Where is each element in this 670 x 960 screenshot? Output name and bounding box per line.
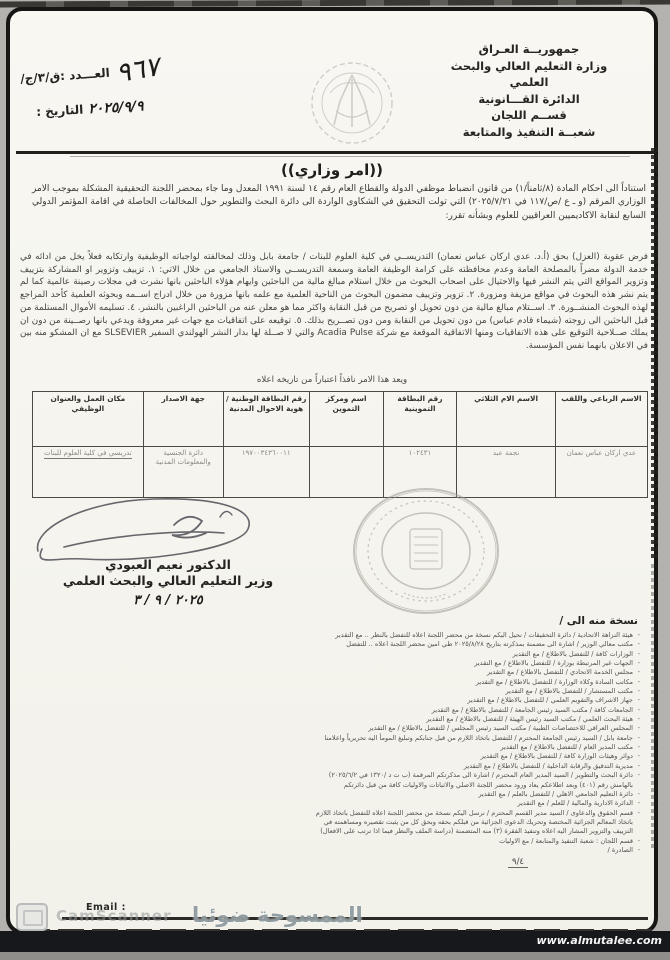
document-date-value: ٢٠٢٥/٩/٩ xyxy=(88,98,144,117)
list-item: مكاتب السادة وكلاء الوزارة / للتفضل بالا… xyxy=(304,678,640,687)
minister-title: وزير التعليم العالي والبحث العلمي xyxy=(30,573,306,588)
col-full-name: الاسم الرباعي واللقب xyxy=(555,392,647,447)
document-number-line: ٩٦٧العـــدد :ق/٣/ج/ xyxy=(20,50,277,89)
bottom-photo-strip: www.almutalee.com xyxy=(0,931,670,952)
letterhead-line: قســم اللجان xyxy=(419,107,639,124)
ministry-round-seal-icon xyxy=(338,481,514,625)
scan-edge-artifact xyxy=(651,148,658,558)
list-item: الوزارات كافة / للتفضل بالاطلاع / مع الت… xyxy=(304,650,640,659)
list-item: مديرية التدقيق والرقابة الداخلية / للتفض… xyxy=(304,762,640,771)
list-item: مجلس الخدمة الاتحادي / للتفضل بالاطلاع /… xyxy=(304,668,640,677)
scan-edge-artifact xyxy=(651,562,658,848)
list-item: الدائرة الادارية والمالية / للعلم / مع ا… xyxy=(304,799,640,808)
list-item: الجهات غير المرتبطة بوزارة / للتفضل بالا… xyxy=(304,659,640,668)
distribution-list: هيئة النزاهة الاتحادية / دائرة التحقيقات… xyxy=(304,631,640,855)
list-item: مكتب المدير العام / للتفضل بالاطلاع / مع… xyxy=(304,743,640,752)
document-number-value: ٩٦٧ xyxy=(114,57,160,84)
col-issuer: جهة الاصدار xyxy=(143,392,223,447)
document-number-label: العـــدد :ق/٣/ج/ xyxy=(20,66,110,86)
cell-full-name: عدي اركان عباس نعمان xyxy=(555,447,647,498)
list-item: مكتب معالي الوزير / اشارة الى مضمنة بمذك… xyxy=(304,640,640,649)
letterhead-line: شعبــة التنفيذ والمتابعة xyxy=(419,124,639,141)
list-item: قسم الحقوق والدعاوى / السيد مدير القسم ا… xyxy=(304,809,640,837)
list-item: دائرة التعليم الجامعي الاهلي / للتفضل با… xyxy=(304,790,640,799)
signature-date: ٣ / ٩ / ٢٠٢٥ xyxy=(46,593,290,608)
effective-line: ويعد هذا الامر نافذاً اعتباراً من تاريخه… xyxy=(10,375,654,385)
body-paragraph: فرض عقوبة (العزل) بحق (أ.د. عدي اركان عب… xyxy=(20,251,648,353)
letterhead-line: جمهوريــة العـراق xyxy=(419,41,639,58)
document-title: ((امر وزاري)) xyxy=(10,161,654,179)
list-item: هيئة النزاهة الاتحادية / دائرة التحقيقات… xyxy=(304,631,640,640)
letterhead-line: الدائرة القـــانونية xyxy=(419,91,639,108)
document-sheet: جمهوريــة العـراق وزارة التعليم العالي و… xyxy=(6,7,658,934)
list-item: المجلس العراقي للاختصاصات الطبية / مكتب … xyxy=(304,724,640,733)
header-divider-thin xyxy=(70,156,630,157)
page-mark: ٩/٤ xyxy=(508,857,528,868)
scanned-document-page: { "header": { "ministry": [ "جمهوريــة ا… xyxy=(0,0,670,960)
list-item: دوائر وهيئات الوزارة كافة / للتفضل بالاط… xyxy=(304,752,640,761)
document-date-line: ٢٠٢٥/٩/٩ التاريخ : xyxy=(36,89,267,120)
col-national-id: رقم البطاقة الوطنية / هوية الاحوال المدن… xyxy=(223,392,309,447)
camscanner-logo-icon xyxy=(16,903,48,931)
camscanner-watermark-arabic: الممسوحة ضوئيا xyxy=(192,903,363,927)
list-item: هيئة البحث العلمي / مكتب السيد رئيس الهي… xyxy=(304,715,640,724)
col-supply-center: اسم ومركز التموين xyxy=(309,392,383,447)
camscanner-watermark-latin: CamScanner xyxy=(56,907,172,925)
list-item: جهاز الاشراف والتقويم العلمي / للتفضل با… xyxy=(304,696,640,705)
list-item: مكتب المستشار / للتفضل بالاطلاع / مع الت… xyxy=(304,687,640,696)
col-ration-card: رقم البطاقة التموينية xyxy=(383,392,457,447)
col-mother-name: الاسم الام الثلاثي xyxy=(457,392,555,447)
letterhead-line: العلمي xyxy=(419,74,639,91)
letterhead-ministry-block: جمهوريــة العـراق وزارة التعليم العالي و… xyxy=(419,41,639,140)
distribution-title: نسخة منه الى / xyxy=(559,615,638,627)
website-credit: www.almutalee.com xyxy=(536,934,662,947)
list-item: الجامعات كافة / مكتب السيد رئيس الجامعة … xyxy=(304,706,640,715)
scan-bottom-edge xyxy=(0,952,670,960)
list-item: قسم اللجان : شعبة التنفيذ والمتابعة / مع… xyxy=(304,837,640,846)
header-divider xyxy=(16,151,656,154)
letterhead-line: وزارة التعليم العالي والبحث xyxy=(419,58,639,75)
minister-name: الدكتور نعيم العبودي xyxy=(46,557,290,572)
col-workplace: مكان العمل والعنوان الوظيفي xyxy=(33,392,144,447)
iraq-emblem-icon xyxy=(300,53,404,153)
document-date-label: التاريخ : xyxy=(36,103,84,119)
list-item: الصادرة / xyxy=(304,846,640,855)
intro-paragraph: استناداً الى احكام المادة (٨/ثامناً/١) م… xyxy=(32,183,646,223)
list-item: دائرة البحث والتطوير / السيد المدير العا… xyxy=(304,771,640,790)
list-item: جامعة بابل / السيد رئيس الجامعة المحترم … xyxy=(304,734,640,743)
table-header-row: الاسم الرباعي واللقب الاسم الام الثلاثي … xyxy=(33,392,648,447)
